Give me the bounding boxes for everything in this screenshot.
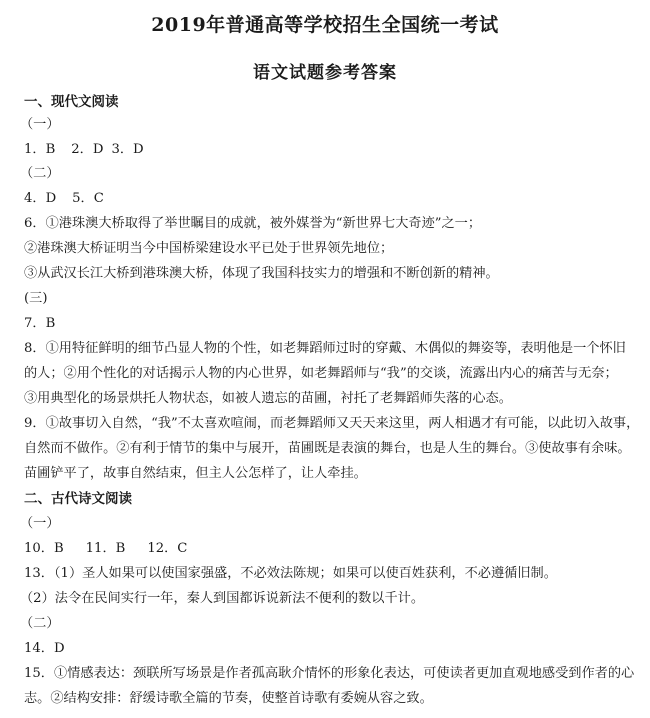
answer-15-line-1: 15．①情感表达：颈联所写场景是作者孤高耿介情怀的形象化表达，可使读者更加直观地…	[24, 665, 634, 683]
section-heading-modern-reading: 一、现代文阅读	[24, 93, 119, 111]
answer-13-part-2: （2）法令在民间实行一年，秦人到国都诉说新法不便利的数以千计。	[20, 590, 424, 608]
answer-9-line-3: 苗圃铲平了，故事自然结束，但主人公怎样了，让人牵挂。	[24, 465, 367, 483]
answer-10: 10．B	[24, 540, 64, 558]
answer-6-line-3: ③从武汉长江大桥到港珠澳大桥，体现了我国科技实力的增强和不断创新的精神。	[24, 265, 499, 283]
subsection-label: （一）	[20, 116, 60, 134]
document-title: 2019年普通高等学校招生全国统一考试	[0, 10, 650, 37]
answer-15-line-2: 志。②结构安排：舒缓诗歌全篇的节奏，使整首诗歌有委婉从容之致。	[24, 690, 433, 708]
subsection-label: （二）	[20, 615, 60, 633]
document-subtitle: 语文试题参考答案	[0, 58, 650, 83]
answer-2: 2．D	[71, 141, 103, 159]
answer-8-line-3: ③用典型化的场景烘托人物状态，如被人遗忘的苗圃，衬托了老舞蹈师失落的心态。	[24, 390, 512, 408]
answer-9-line-2: 自然而不做作。②有利于情节的集中与展开，苗圃既是表演的舞台，也是人生的舞台。③使…	[24, 440, 631, 458]
answer-8-line-1: 8．①用特征鲜明的细节凸显人物的个性，如老舞蹈师过时的穿戴、木偶似的舞姿等，表明…	[24, 340, 626, 358]
answer-6-line-1: 6．①港珠澳大桥取得了举世瞩目的成就，被外媒誉为“新世界七大奇迹”之一；	[24, 215, 481, 233]
answer-6-line-2: ②港珠澳大桥证明当今中国桥梁建设水平已处于世界领先地位；	[24, 240, 393, 258]
answer-14: 14．D	[24, 640, 65, 658]
answer-11: 11．B	[86, 540, 126, 558]
subsection-label: （一）	[20, 515, 60, 533]
answer-7: 7．B	[24, 315, 55, 333]
answer-4: 4．D	[24, 190, 56, 208]
answer-8-line-2: 的人；②用个性化的对话揭示人物的内心世界，如老舞蹈师与“我”的交谈，流露出内心的…	[24, 365, 618, 383]
answer-5: 5．C	[72, 190, 104, 208]
answer-row: 4．D5．C	[24, 190, 120, 208]
answer-13-part-1: 13．（1）圣人如果可以使国家强盛，不必效法陈规；如果可以使百姓获利，不必遵循旧…	[24, 565, 557, 583]
answer-12: 12．C	[147, 540, 187, 558]
answer-row: 1．B2．D3．D	[24, 141, 160, 159]
subsection-label: (三)	[24, 290, 47, 308]
section-heading-classical-reading: 二、古代诗文阅读	[24, 490, 132, 508]
subsection-label: （二）	[20, 165, 60, 183]
answer-1: 1．B	[24, 141, 55, 159]
answer-9-line-1: 9．①故事切入自然，“我”不太喜欢喧闹，而老舞蹈师又天天来这里，两人相遇才有可能…	[24, 415, 639, 433]
answer-row: 10．B11．B12．C	[24, 540, 203, 558]
answer-3: 3．D	[111, 141, 143, 159]
